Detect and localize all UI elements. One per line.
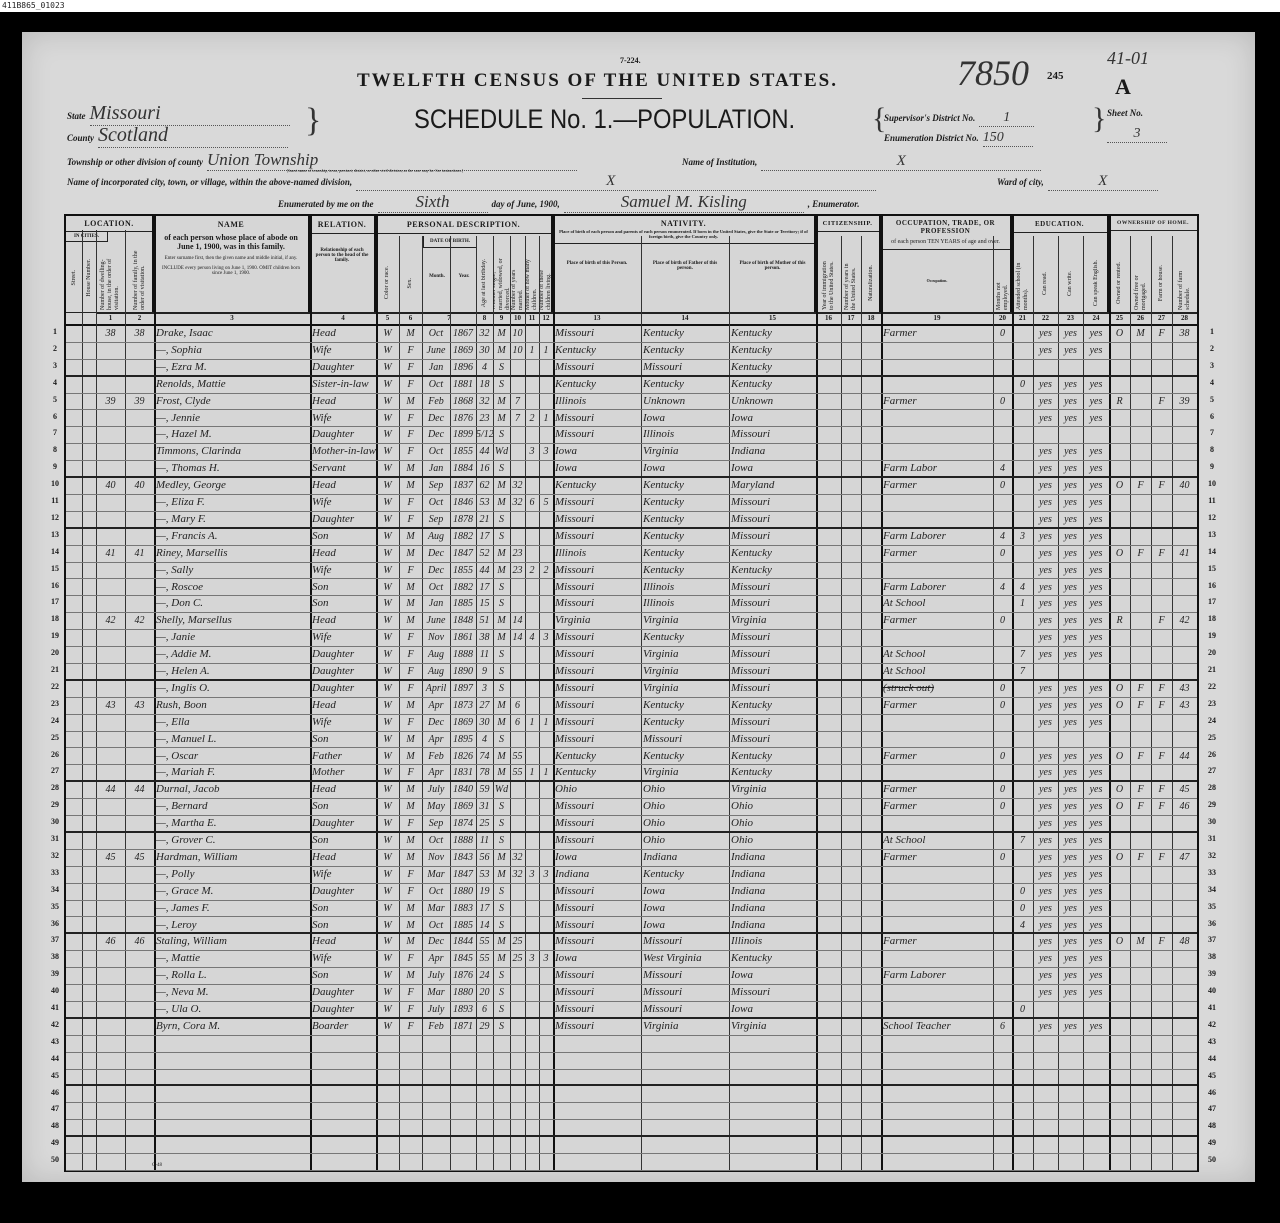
cell-free — [1130, 647, 1151, 663]
cell-year: 1873 — [450, 698, 476, 714]
cell-color: W — [376, 596, 399, 612]
cell-pob: Missouri — [553, 901, 641, 917]
cell-fs — [1172, 596, 1197, 612]
cell-fs — [1172, 647, 1197, 663]
cell-pob: Virginia — [553, 613, 641, 629]
line-number: 18 — [48, 614, 62, 623]
table-row: —, RoscoeSonWMOct188217SMissouriIllinois… — [66, 580, 1197, 597]
cell-pobm — [729, 1070, 816, 1085]
cell-pobf — [641, 1087, 729, 1103]
cell-farm — [1151, 765, 1172, 780]
cell-month: Sep — [422, 512, 450, 527]
cell-color: W — [376, 698, 399, 714]
cell-fam — [125, 816, 154, 831]
cell-mar: M — [493, 326, 510, 342]
cell-cl — [539, 529, 553, 545]
cell-fam — [125, 1103, 154, 1119]
cell-age: 17 — [476, 529, 493, 545]
cell-rel: Wife — [310, 715, 376, 731]
cell-name: —, James F. — [154, 901, 310, 917]
cell-moc — [525, 1002, 539, 1017]
cell-age: 18 — [476, 377, 493, 393]
cell-pobf: Iowa — [641, 901, 729, 917]
cell-moc — [525, 546, 539, 562]
cell-dw — [96, 749, 125, 765]
vertical-header-years-married: Number of years married. — [510, 256, 525, 310]
cell-moc: 1 — [525, 765, 539, 780]
cell-pob — [553, 1154, 641, 1170]
vertical-header-can-speak: Can speak English. — [1083, 256, 1109, 310]
cell-fam — [125, 1070, 154, 1085]
cell-month: Feb — [422, 394, 450, 410]
cell-read: yes — [1033, 326, 1058, 342]
cell-write: yes — [1058, 681, 1083, 697]
column-number: 17 — [841, 313, 861, 324]
cell-dw — [96, 427, 125, 443]
ownership-label: OWNERSHIP OF HOME. — [1109, 216, 1197, 231]
cell-fs — [1172, 985, 1197, 1001]
cell-occ — [881, 951, 993, 967]
cell-sex: M — [399, 461, 422, 476]
cell-mar: S — [493, 1002, 510, 1017]
cell-cl — [539, 1137, 553, 1153]
cell-fs — [1172, 1002, 1197, 1017]
cell-pob: Missouri — [553, 698, 641, 714]
cell-fs — [1172, 411, 1197, 427]
cell-own — [1109, 968, 1130, 984]
line-number: 21 — [1205, 665, 1219, 674]
occupation-desc: of each person TEN YEARS of age and over… — [881, 235, 1010, 250]
cell-cl — [539, 1087, 553, 1103]
cell-occ: Farmer — [881, 546, 993, 562]
cell-pobm: Missouri — [729, 715, 816, 731]
line-number: 47 — [1205, 1104, 1219, 1113]
line-number: 39 — [1205, 969, 1219, 978]
cell-ym: 25 — [510, 934, 525, 950]
cell-mar: M — [493, 867, 510, 883]
cell-write: yes — [1058, 394, 1083, 410]
cell-occ — [881, 1070, 993, 1085]
cell-occ — [881, 901, 993, 917]
cell-ym — [510, 732, 525, 748]
cell-mu — [993, 1154, 1012, 1170]
cell-speak: yes — [1083, 647, 1109, 663]
cell-pobm: Missouri — [729, 732, 816, 748]
table-row: —, Addie M.DaughterWFAug188811SMissouriV… — [66, 647, 1197, 664]
cell-pobf — [641, 1036, 729, 1052]
cell-month — [422, 1103, 450, 1119]
table-row — [66, 1087, 1197, 1104]
cell-pob: Missouri — [553, 968, 641, 984]
vertical-header-free-mortgaged: Owned free or mortgaged. — [1130, 256, 1151, 310]
vertical-header-text: Color or race. — [384, 266, 391, 299]
cell-color: W — [376, 985, 399, 1001]
cell-dw — [96, 867, 125, 883]
cell-age: 20 — [476, 985, 493, 1001]
cell-read: yes — [1033, 901, 1058, 917]
cell-name: —, Polly — [154, 867, 310, 883]
line-number: 34 — [1205, 885, 1219, 894]
cell-occ — [881, 495, 993, 511]
cell-occ: Farm Laborer — [881, 968, 993, 984]
cell-dw — [96, 664, 125, 679]
cell-moc — [525, 427, 539, 443]
cell-ym — [510, 968, 525, 984]
cell-pobf — [641, 1154, 729, 1170]
cell-pobf: Virginia — [641, 1019, 729, 1035]
cell-fs — [1172, 951, 1197, 967]
cell-mu — [993, 951, 1012, 967]
cell-write: yes — [1058, 613, 1083, 629]
cell-mu — [993, 360, 1012, 375]
month-label: Month. — [423, 274, 451, 279]
cell-cl — [539, 1053, 553, 1069]
cell-speak: yes — [1083, 495, 1109, 511]
cell-color: W — [376, 343, 399, 359]
cell-ym — [510, 1002, 525, 1017]
cell-occ — [881, 1154, 993, 1170]
cell-ym — [510, 461, 525, 476]
cell-sex: M — [399, 934, 422, 950]
cell-fam — [125, 1087, 154, 1103]
cell-ym — [510, 529, 525, 545]
sheet-letter: A — [1115, 74, 1131, 100]
cell-mar: M — [493, 850, 510, 866]
cell-mu: 4 — [993, 461, 1012, 476]
cell-dw — [96, 1053, 125, 1069]
line-number: 19 — [1205, 631, 1219, 640]
cell-month: April — [422, 681, 450, 697]
cell-fam — [125, 833, 154, 849]
cell-read — [1033, 1103, 1058, 1119]
cell-moc: 2 — [525, 563, 539, 579]
cell-age: 24 — [476, 968, 493, 984]
supervisor-field: Supervisor's District No. 1 — [884, 108, 1094, 127]
line-number: 37 — [48, 935, 62, 944]
cell-occ: Farmer — [881, 478, 993, 494]
cell-fs — [1172, 495, 1197, 511]
cell-occ — [881, 816, 993, 831]
cell-speak: yes — [1083, 630, 1109, 646]
cell-name: —, Francis A. — [154, 529, 310, 545]
cell-own — [1109, 1053, 1130, 1069]
cell-pob: Missouri — [553, 833, 641, 849]
cell-pob: Missouri — [553, 715, 641, 731]
cell-write: yes — [1058, 1019, 1083, 1035]
column-number: 9 — [493, 313, 510, 324]
cell-month: Jan — [422, 360, 450, 375]
cell-sch — [1012, 512, 1033, 527]
cell-ym — [510, 377, 525, 393]
cell-year — [450, 1137, 476, 1153]
cell-color — [376, 1036, 399, 1052]
pob-father-label: Place of birth of Father of this person. — [641, 261, 729, 271]
cell-color: W — [376, 799, 399, 815]
cell-dw — [96, 377, 125, 393]
cell-moc — [525, 478, 539, 494]
cell-pobm: Missouri — [729, 580, 816, 596]
relation-label: RELATION. — [310, 216, 374, 234]
cell-pob: Missouri — [553, 884, 641, 900]
cell-fam — [125, 715, 154, 731]
cell-read: yes — [1033, 377, 1058, 393]
name-header: NAME of each person whose place of abode… — [154, 216, 310, 313]
cell-month: Oct — [422, 918, 450, 933]
cell-mu — [993, 444, 1012, 460]
cell-dw — [96, 495, 125, 511]
cell-own — [1109, 495, 1130, 511]
cell-pobm: Missouri — [729, 630, 816, 646]
cell-ym: 23 — [510, 563, 525, 579]
cell-rel: Son — [310, 833, 376, 849]
line-number: 42 — [1205, 1020, 1219, 1029]
line-number: 45 — [48, 1071, 62, 1080]
cell-age: 6 — [476, 1002, 493, 1017]
cell-dw — [96, 884, 125, 900]
cell-cl — [539, 1002, 553, 1017]
line-number: 49 — [1205, 1138, 1219, 1147]
cell-speak: yes — [1083, 985, 1109, 1001]
cell-mu — [993, 985, 1012, 1001]
cell-mu — [993, 512, 1012, 527]
cell-color: W — [376, 326, 399, 342]
cell-pobf: Ohio — [641, 816, 729, 831]
cell-own: O — [1109, 749, 1130, 765]
cell-mar: M — [493, 934, 510, 950]
cell-sch — [1012, 934, 1033, 950]
pob-mother-label: Place of birth of Mother of this person. — [729, 261, 816, 271]
cell-write: yes — [1058, 934, 1083, 950]
line-number: 49 — [48, 1138, 62, 1147]
cell-fam — [125, 647, 154, 663]
cell-dw — [96, 681, 125, 697]
cell-write: yes — [1058, 529, 1083, 545]
cell-mar: S — [493, 833, 510, 849]
cell-color: W — [376, 968, 399, 984]
cell-ym — [510, 580, 525, 596]
cell-fs: 45 — [1172, 782, 1197, 798]
cell-pobf: Kentucky — [641, 546, 729, 562]
cell-own: O — [1109, 799, 1130, 815]
cell-ym: 32 — [510, 850, 525, 866]
cell-age: 17 — [476, 901, 493, 917]
line-number: 31 — [1205, 834, 1219, 843]
cell-speak: yes — [1083, 715, 1109, 731]
cell-moc — [525, 782, 539, 798]
cell-own — [1109, 596, 1130, 612]
cell-own — [1109, 867, 1130, 883]
cell-mar — [493, 1087, 510, 1103]
cell-age — [476, 1070, 493, 1085]
cell-free — [1130, 1019, 1151, 1035]
table-row: Byrn, Cora M.BoarderWFFeb187129SMissouri… — [66, 1019, 1197, 1036]
table-row: 4343Rush, BoonHeadWMApr187327M6MissouriK… — [66, 698, 1197, 715]
cell-mar: S — [493, 664, 510, 679]
cell-color — [376, 1154, 399, 1170]
cell-free — [1130, 461, 1151, 476]
cell-occ — [881, 563, 993, 579]
cell-rel: Son — [310, 968, 376, 984]
line-number: 17 — [1205, 597, 1219, 606]
line-number: 29 — [48, 800, 62, 809]
cell-dw — [96, 1154, 125, 1170]
cell-read: yes — [1033, 749, 1058, 765]
cell-name: Timmons, Clarinda — [154, 444, 310, 460]
cell-fam — [125, 495, 154, 511]
relation-header: RELATION. Relationship of each person to… — [310, 216, 376, 313]
cell-pobf: Kentucky — [641, 630, 729, 646]
county-field: County Scotland — [67, 124, 307, 148]
cell-moc — [525, 1103, 539, 1119]
cell-fam — [125, 1053, 154, 1069]
cell-farm — [1151, 1053, 1172, 1069]
cell-ym — [510, 512, 525, 527]
cell-color: W — [376, 782, 399, 798]
cell-sch — [1012, 1036, 1033, 1052]
cell-color — [376, 1120, 399, 1135]
cell-pob — [553, 1087, 641, 1103]
table-row: —, Martha E.DaughterWFSep187425SMissouri… — [66, 816, 1197, 833]
cell-read: yes — [1033, 816, 1058, 831]
cell-year: 1882 — [450, 529, 476, 545]
cell-moc: 2 — [525, 411, 539, 427]
cell-own — [1109, 715, 1130, 731]
column-number: 28 — [1172, 313, 1197, 324]
cell-write — [1058, 1002, 1083, 1017]
cell-moc — [525, 985, 539, 1001]
cell-occ — [881, 411, 993, 427]
enumeration-value: 150 — [983, 130, 1033, 147]
cell-sch — [1012, 816, 1033, 831]
cell-pob — [553, 1053, 641, 1069]
cell-read: yes — [1033, 715, 1058, 731]
cell-fam: 46 — [125, 934, 154, 950]
cell-age: 32 — [476, 394, 493, 410]
cell-name: —, Mattie — [154, 951, 310, 967]
cell-ym — [510, 681, 525, 697]
cell-farm — [1151, 427, 1172, 443]
vertical-header-marital: Whether single, married, widowed, or div… — [493, 256, 510, 310]
cell-dw — [96, 715, 125, 731]
cell-own — [1109, 1120, 1130, 1135]
cell-age: 16 — [476, 461, 493, 476]
cell-sex: M — [399, 850, 422, 866]
cell-dw — [96, 580, 125, 596]
table-row — [66, 1120, 1197, 1137]
cell-pobm: Iowa — [729, 968, 816, 984]
cell-read: yes — [1033, 1019, 1058, 1035]
cell-cl — [539, 732, 553, 748]
cell-year: 1847 — [450, 867, 476, 883]
cell-own — [1109, 343, 1130, 359]
cell-read — [1033, 1137, 1058, 1153]
vertical-header-text: Can write. — [1067, 271, 1074, 296]
cell-month: Oct — [422, 884, 450, 900]
cell-occ — [881, 360, 993, 375]
cell-year: 1831 — [450, 765, 476, 780]
cell-cl — [539, 698, 553, 714]
cell-ym — [510, 782, 525, 798]
cell-farm — [1151, 968, 1172, 984]
cell-write: yes — [1058, 461, 1083, 476]
cell-sch — [1012, 444, 1033, 460]
cell-dw — [96, 765, 125, 780]
line-number: 3 — [48, 361, 62, 370]
cell-dw — [96, 647, 125, 663]
cell-sch — [1012, 782, 1033, 798]
cell-free — [1130, 765, 1151, 780]
cell-month: Aug — [422, 647, 450, 663]
cell-write — [1058, 1087, 1083, 1103]
line-number: 1 — [48, 327, 62, 336]
cell-pobm: Iowa — [729, 461, 816, 476]
cell-color: W — [376, 1002, 399, 1017]
cell-own — [1109, 647, 1130, 663]
cell-dw — [96, 1019, 125, 1035]
table-row — [66, 1070, 1197, 1087]
line-number: 1 — [1205, 327, 1219, 336]
line-number: 5 — [1205, 395, 1219, 404]
cell-fam — [125, 444, 154, 460]
line-number: 19 — [48, 631, 62, 640]
cell-color: W — [376, 732, 399, 748]
cell-rel: Father — [310, 749, 376, 765]
cell-age: 38 — [476, 630, 493, 646]
cell-age — [476, 1120, 493, 1135]
year-label: Year. — [451, 274, 477, 279]
cell-speak: yes — [1083, 394, 1109, 410]
cell-speak: yes — [1083, 529, 1109, 545]
cell-pobf: Iowa — [641, 884, 729, 900]
column-number: 13 — [553, 313, 641, 324]
cell-speak: yes — [1083, 461, 1109, 476]
cell-write: yes — [1058, 563, 1083, 579]
cell-month: Oct — [422, 444, 450, 460]
cell-mu — [993, 732, 1012, 748]
cell-pobm: Kentucky — [729, 326, 816, 342]
cell-pobm — [729, 1103, 816, 1119]
cell-sex: F — [399, 512, 422, 527]
cell-age: 53 — [476, 867, 493, 883]
census-title: TWELFTH CENSUS OF THE UNITED STATES. — [357, 70, 838, 92]
cell-speak — [1083, 1070, 1109, 1085]
cell-mu — [993, 867, 1012, 883]
vertical-header-children-living: Number of these children living. — [539, 256, 553, 310]
cell-read: yes — [1033, 782, 1058, 798]
cell-sex: F — [399, 867, 422, 883]
cell-color: W — [376, 901, 399, 917]
name-instr2: INCLUDE every person living on June 1, 1… — [158, 266, 304, 276]
cell-fs — [1172, 918, 1197, 933]
cell-own: R — [1109, 394, 1130, 410]
cell-speak: yes — [1083, 580, 1109, 596]
cell-moc — [525, 647, 539, 663]
cell-dw — [96, 596, 125, 612]
cell-sex — [399, 1103, 422, 1119]
cell-name: —, Mary F. — [154, 512, 310, 527]
cell-free — [1130, 884, 1151, 900]
cell-mar: S — [493, 596, 510, 612]
cell-pobm: Virginia — [729, 613, 816, 629]
cell-own — [1109, 765, 1130, 780]
corner-note: 41-01 — [1107, 48, 1149, 69]
cell-pobf: Virginia — [641, 664, 729, 679]
cell-mar: S — [493, 647, 510, 663]
cell-pobf: Missouri — [641, 985, 729, 1001]
cell-sex: F — [399, 647, 422, 663]
cell-occ — [881, 918, 993, 933]
cell-write: yes — [1058, 765, 1083, 780]
